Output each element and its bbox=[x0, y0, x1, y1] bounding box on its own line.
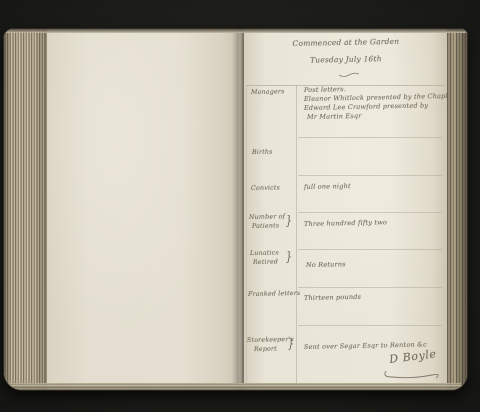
date-underline-flourish bbox=[338, 71, 360, 79]
top-page-edges bbox=[4, 29, 467, 33]
row-rule-4 bbox=[298, 249, 442, 250]
scanned-ledger-photo: Commenced at the Garden Tuesday July 16t… bbox=[0, 0, 480, 412]
row-entry: Thirteen pounds bbox=[304, 294, 361, 302]
row-entry: Post letters. bbox=[304, 86, 346, 93]
row-label: Lunatics bbox=[250, 250, 279, 257]
row-label: Births bbox=[252, 150, 273, 157]
signature-flourish bbox=[382, 365, 444, 381]
signature: D Boyle bbox=[389, 348, 437, 365]
row-entry: Sent over Segar Esqr to Renton &c bbox=[304, 341, 427, 350]
open-book: Commenced at the Garden Tuesday July 16t… bbox=[4, 29, 467, 390]
right-page-stack-edge bbox=[447, 29, 467, 390]
table-column-divider bbox=[296, 85, 297, 385]
row-label-line2: Report bbox=[254, 347, 277, 354]
row-rule-1 bbox=[298, 137, 442, 138]
left-blank-page bbox=[47, 29, 239, 390]
row-label: Managers bbox=[251, 89, 285, 96]
row-rule-2 bbox=[298, 175, 442, 176]
row-entry: Three hundred fifty two bbox=[304, 219, 387, 227]
row-label-line2: Retired bbox=[253, 259, 278, 266]
row-entry: Edward Lee Crawford presented by bbox=[304, 102, 428, 111]
header-date-line: Tuesday July 16th bbox=[244, 54, 448, 66]
header-location-line: Commenced at the Garden bbox=[244, 37, 448, 49]
label-brace: } bbox=[286, 215, 293, 228]
row-entry: Mr Martin Esqr bbox=[307, 113, 362, 121]
row-entry: Eleanor Whitlock presented by the Chapla… bbox=[304, 93, 459, 103]
row-rule-6 bbox=[298, 325, 442, 326]
row-label-line2: Patients bbox=[252, 223, 280, 230]
row-entry: full one night bbox=[304, 183, 351, 190]
row-entry: No Returns bbox=[306, 261, 346, 268]
row-label: Number of bbox=[249, 214, 285, 221]
label-brace: } bbox=[288, 338, 295, 351]
row-label: Convicts bbox=[251, 185, 280, 192]
row-label: Franked letters bbox=[248, 291, 301, 298]
row-rule-3 bbox=[298, 212, 442, 213]
row-rule-5 bbox=[298, 287, 442, 288]
bottom-page-edges bbox=[10, 383, 461, 390]
left-page-stack-edge bbox=[4, 29, 47, 390]
right-ledger-page: Commenced at the Garden Tuesday July 16t… bbox=[244, 29, 448, 390]
label-brace: } bbox=[286, 251, 293, 264]
